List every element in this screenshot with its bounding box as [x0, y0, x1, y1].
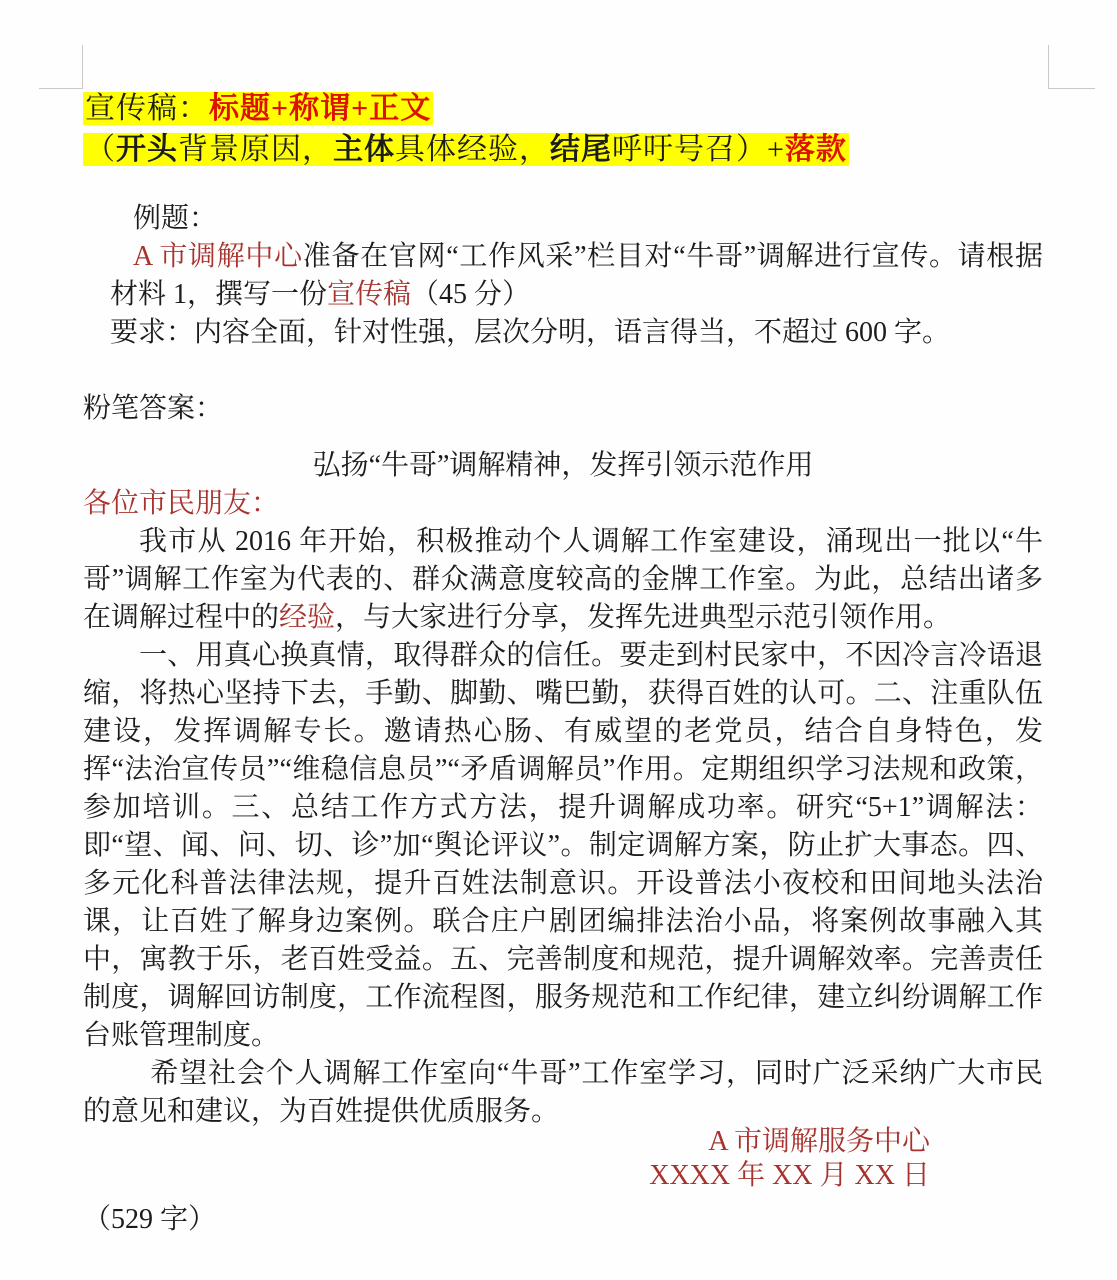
example-label: 例题：	[110, 200, 1043, 238]
example-section: 例题： A 市调解中心准备在官网“工作风采”栏目对“牛哥”调解进行宣传。请根据材…	[110, 200, 1043, 352]
banner-seg-experience: 具体经验，	[395, 133, 550, 166]
page-margin-crop-mark-right	[1048, 45, 1095, 89]
banner-seg-ending: 结尾	[550, 133, 612, 166]
page-margin-crop-mark-left	[39, 45, 83, 89]
banner-seg-opening: 开头	[116, 133, 178, 166]
example-org: A 市调解中心	[133, 241, 303, 272]
banner-line-1: 宣传稿：标题+称谓+正文	[83, 88, 1043, 129]
banner-formula: 标题+称谓+正文	[209, 92, 431, 125]
answer-salutation: 各位市民朋友：	[83, 485, 1043, 523]
banner-line-2: （开头背景原因，主体具体经验，结尾呼吁号召）+落款	[83, 129, 1043, 170]
banner-seg-paren: （	[85, 133, 116, 166]
document-content: 宣传稿：标题+称谓+正文 （开头背景原因，主体具体经验，结尾呼吁号召）+落款 例…	[83, 88, 1043, 1239]
example-score: （45 分）	[411, 279, 530, 310]
banner-seg-signoff: 落款	[785, 133, 847, 166]
example-requirement: 要求：内容全面，针对性强，层次分明，语言得当，不超过 600 字。	[110, 314, 1043, 352]
signature-block: A 市调解服务中心 XXXX 年 XX 月 XX 日	[83, 1125, 1043, 1193]
answer-paragraph-1: 我市从 2016 年开始，积极推动个人调解工作室建设，涌现出一批以“牛哥”调解工…	[83, 523, 1043, 637]
example-body: A 市调解中心准备在官网“工作风采”栏目对“牛哥”调解进行宣传。请根据材料 1，…	[110, 238, 1043, 314]
answer-title: 弘扬“牛哥”调解精神，发挥引领示范作用	[83, 447, 1043, 485]
banner-seg-background: 背景原因，	[178, 133, 333, 166]
para1-keyword: 经验	[279, 602, 335, 633]
banner-line-2-highlight: （开头背景原因，主体具体经验，结尾呼吁号召）+落款	[83, 133, 849, 166]
signature-date: XXXX 年 XX 月 XX 日	[83, 1159, 930, 1193]
word-count: （529 字）	[83, 1201, 1043, 1239]
banner-seg-body: 主体	[333, 133, 395, 166]
answer-label: 粉笔答案：	[83, 390, 1043, 428]
banner-line-1-highlight: 宣传稿：标题+称谓+正文	[83, 92, 433, 125]
banner-seg-call: 呼吁号召）+	[612, 133, 785, 166]
example-keyword: 宣传稿	[327, 279, 411, 310]
answer-paragraph-3: 希望社会个人调解工作室向“牛哥”工作室学习，同时广泛采纳广大市民的意见和建议，为…	[83, 1055, 1043, 1131]
para1-text-b: ，与大家进行分享，发挥先进典型示范引领作用。	[335, 602, 951, 633]
document-page: 宣传稿：标题+称谓+正文 （开头背景原因，主体具体经验，结尾呼吁号召）+落款 例…	[0, 0, 1117, 1280]
answer-paragraph-2: 一、用真心换真情，取得群众的信任。要走到村民家中，不因冷言冷语退缩，将热心坚持下…	[83, 637, 1043, 1055]
banner-prefix: 宣传稿：	[85, 92, 209, 125]
